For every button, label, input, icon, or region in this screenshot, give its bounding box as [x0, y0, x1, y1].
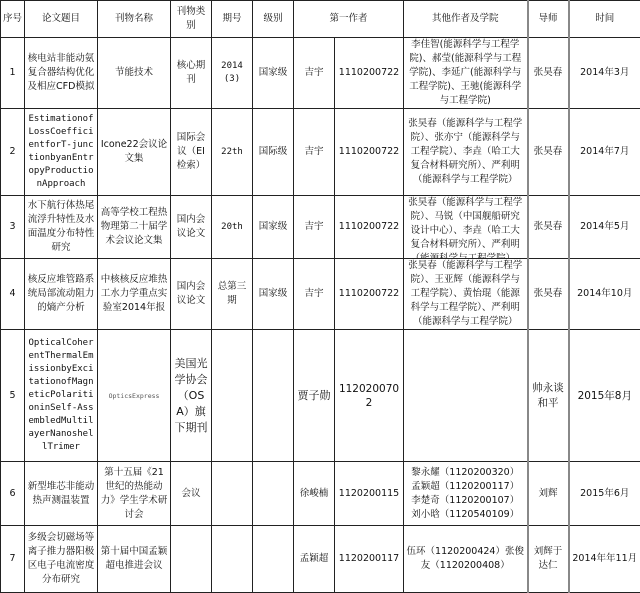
- header-other-authors: 其他作者及学院: [404, 1, 528, 38]
- cell-first-author-name: 吉宇: [294, 259, 335, 330]
- cell-advisor: 张昊春: [528, 196, 569, 259]
- cell-issue: [212, 526, 253, 578]
- cell-journal: 第十届中国孟颖超电推进会议: [98, 526, 171, 578]
- cell-issue: 总第三期: [212, 259, 253, 330]
- cell-title: EstimationofLossCoefficientforT-junction…: [25, 109, 98, 196]
- cell-journal-type: 国内会议论文: [171, 196, 212, 259]
- other-author-line: 黎永耀（1120200320）: [406, 466, 525, 480]
- cell-time: 2014年7月: [569, 109, 640, 196]
- cell-journal: OpticsExpress: [98, 330, 171, 462]
- cell-advisor: 帅永谈和平: [528, 330, 569, 462]
- cell-first-author-name: 吉宇: [294, 109, 335, 196]
- cell-seq: 7: [1, 526, 25, 578]
- other-author-line: 孟颖超（1120200117）: [406, 480, 525, 494]
- cell-other-authors: 张昊春（能源科学与工程学院）、张亦宁（能源科学与工程学院）、李垚（哈工大复合材料…: [404, 109, 528, 196]
- cell-other-authors: 张昊春（能源科学与工程学院）、马锐（中国舰船研究设计中心）、李垚（哈工大复合材料…: [404, 196, 528, 259]
- cell-title: 核电站非能动氨复合器结构优化及相应CFD模拟: [25, 38, 98, 109]
- cell-seq: 3: [1, 196, 25, 259]
- table-row: 4 核反应堆管路系统局部流动阻力的熵产分析 中核核反应堆热工水力学重点实验室20…: [1, 259, 640, 330]
- cell-first-author-id: 1120200117: [335, 526, 404, 578]
- header-journal: 刊物名称: [98, 1, 171, 38]
- cell-first-author-id: 1120200702: [335, 330, 404, 462]
- cell-first-author-name: 徐峻楠: [294, 462, 335, 526]
- cell-time: 2015年8月: [569, 330, 640, 462]
- cell-first-author-id: 1110200722: [335, 259, 404, 330]
- table-row: 6 新型堆芯非能动热声测温装置 第十五届《21世纪的热能动力》学生学术研讨会 会…: [1, 462, 640, 526]
- cell-journal-type: 会议: [171, 462, 212, 526]
- cell-level: [253, 330, 294, 462]
- cell-advisor: 张昊春: [528, 38, 569, 109]
- cell-first-author-name: 吉宇: [294, 38, 335, 109]
- cell-first-author-name: 吉宇: [294, 196, 335, 259]
- cell-journal: 节能技术: [98, 38, 171, 109]
- cell-time: 2015年6月: [569, 462, 640, 526]
- cell-issue: [212, 330, 253, 462]
- cell-advisor: 刘辉: [528, 462, 569, 526]
- cell-journal: 高等学校工程热物理第二十届学术会议论文集: [98, 196, 171, 259]
- cell-journal-type: 核心期刊: [171, 38, 212, 109]
- cell-first-author-id: 1120200115: [335, 462, 404, 526]
- cell-other-authors: 伍环（1120200424）张俊友（1120200408）: [404, 526, 528, 578]
- header-advisor: 导师: [528, 1, 569, 38]
- cell-seq: 5: [1, 330, 25, 462]
- cell-issue: [212, 462, 253, 526]
- cell-journal-type: 国内会议论文: [171, 259, 212, 330]
- cell-level: [253, 462, 294, 526]
- cell-level: 国家级: [253, 196, 294, 259]
- cell-issue: 2014(3): [212, 38, 253, 109]
- table-row: 2 EstimationofLossCoefficientforT-juncti…: [1, 109, 640, 196]
- header-title: 论文题目: [25, 1, 98, 38]
- cell-time: 2014年3月: [569, 38, 640, 109]
- cell-first-author-id: 1110200722: [335, 38, 404, 109]
- cell-level: [253, 526, 294, 578]
- cell-journal-type: [171, 526, 212, 578]
- table-row: 1 核电站非能动氨复合器结构优化及相应CFD模拟 节能技术 核心期刊 2014(…: [1, 38, 640, 109]
- cell-journal: Icone22会议论文集: [98, 109, 171, 196]
- cell-other-authors: 黎永耀（1120200320） 孟颖超（1120200117） 李楚奇（1120…: [404, 462, 528, 526]
- other-author-line: 李楚奇（1120200107）: [406, 494, 525, 508]
- cell-first-author-id: 1110200722: [335, 109, 404, 196]
- cell-title: 核反应堆管路系统局部流动阻力的熵产分析: [25, 259, 98, 330]
- other-author-line: 刘小晗（1120540109）: [406, 508, 525, 522]
- header-level: 级别: [253, 1, 294, 38]
- table-row: 7 多级会切磁场等离子推力器阳极区电子电流密度分布研究 第十届中国孟颖超电推进会…: [1, 526, 640, 578]
- header-first-author: 第一作者: [294, 1, 404, 38]
- cell-journal-type: 国际会议（EI检索）: [171, 109, 212, 196]
- cell-title: 新型堆芯非能动热声测温装置: [25, 462, 98, 526]
- table-row: 3 水下航行体热尾流浮升特性及水面温度分布特性研究 高等学校工程热物理第二十届学…: [1, 196, 640, 259]
- cell-other-authors: 李佳智(能源科学与工程学院)、郝莹(能源科学与工程学院)、李延广(能源科学与工程…: [404, 38, 528, 109]
- cell-level: 国际级: [253, 109, 294, 196]
- cell-other-authors: [404, 330, 528, 462]
- cell-seq: 2: [1, 109, 25, 196]
- cell-first-author-name: 孟颖超: [294, 526, 335, 578]
- cell-time: 2014年年11月: [569, 526, 640, 578]
- cell-other-authors: 张昊春（能源科学与工程学院）、王亚辉（能源科学与工程学院）、黄怡琨（能源科学与工…: [404, 259, 528, 330]
- cell-seq: 4: [1, 259, 25, 330]
- cell-journal-type: 美国光学协会（OSA）旗下期刊: [171, 330, 212, 462]
- cell-title: OpticalCoherentThermalEmissionbyExcitati…: [25, 330, 98, 462]
- cell-issue: 22th: [212, 109, 253, 196]
- table-row: 5 OpticalCoherentThermalEmissionbyExcita…: [1, 330, 640, 462]
- cell-advisor: 刘辉于达仁: [528, 526, 569, 578]
- cell-title: 多级会切磁场等离子推力器阳极区电子电流密度分布研究: [25, 526, 98, 578]
- header-row: 序号 论文题目 刊物名称 刊物类别 期号 级别 第一作者 其他作者及学院 导师 …: [1, 1, 640, 38]
- cell-first-author-name: 贾子勋: [294, 330, 335, 462]
- cell-level: 国家级: [253, 38, 294, 109]
- header-seq: 序号: [1, 1, 25, 38]
- cell-advisor: 张昊春: [528, 259, 569, 330]
- header-issue: 期号: [212, 1, 253, 38]
- header-journal-type: 刊物类别: [171, 1, 212, 38]
- cell-advisor: 张昊春: [528, 109, 569, 196]
- cell-seq: 1: [1, 38, 25, 109]
- other-authors-text: 张昊春（能源科学与工程学院）、马锐（中国舰船研究设计中心）、李垚（哈工大复合材料…: [406, 196, 525, 258]
- cell-level: 国家级: [253, 259, 294, 330]
- cell-journal: 第十五届《21世纪的热能动力》学生学术研讨会: [98, 462, 171, 526]
- cell-journal: 中核核反应堆热工水力学重点实验室2014年报: [98, 259, 171, 330]
- header-time: 时间: [569, 1, 640, 38]
- cell-time: 2014年5月: [569, 196, 640, 259]
- paper-publication-table: 序号 论文题目 刊物名称 刊物类别 期号 级别 第一作者 其他作者及学院 导师 …: [0, 0, 640, 577]
- cell-title: 水下航行体热尾流浮升特性及水面温度分布特性研究: [25, 196, 98, 259]
- cell-time: 2014年10月: [569, 259, 640, 330]
- cell-first-author-id: 1110200722: [335, 196, 404, 259]
- cell-seq: 6: [1, 462, 25, 526]
- cell-issue: 20th: [212, 196, 253, 259]
